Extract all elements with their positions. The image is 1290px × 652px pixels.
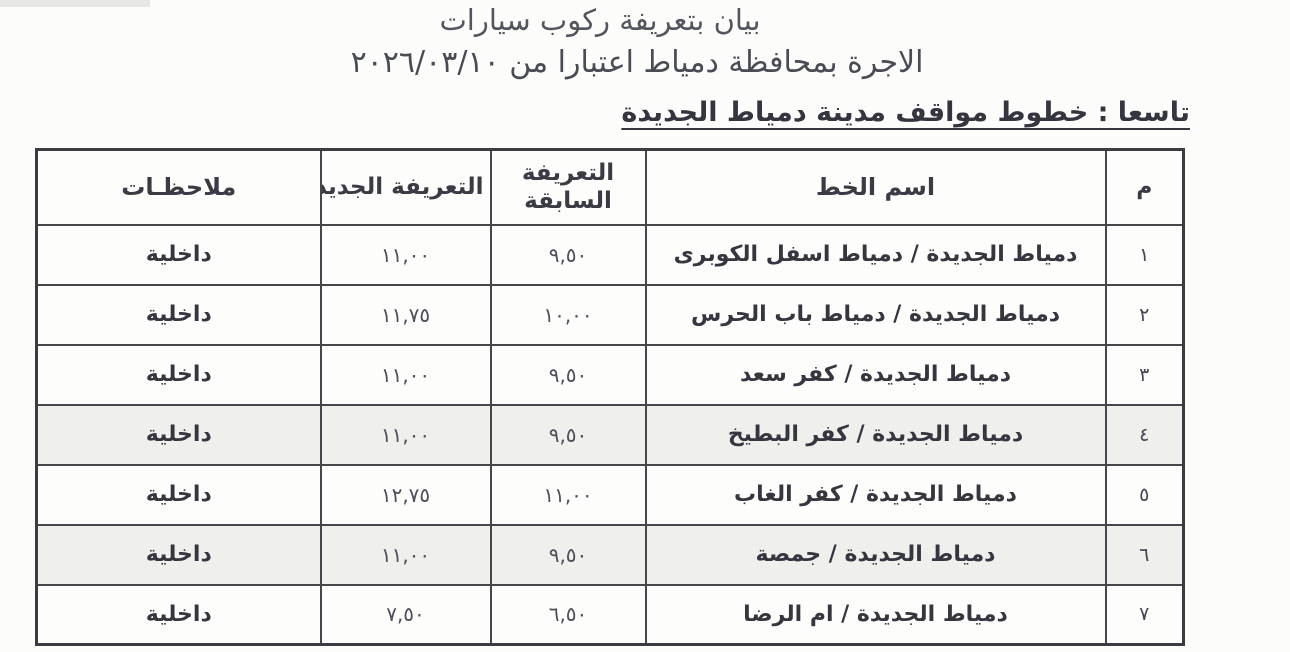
header-new-tariff: التعريفة الجديدة xyxy=(321,150,491,225)
cell-line-name: دمياط الجديدة / كفر البطيخ xyxy=(646,405,1106,465)
cell-new-tariff: ١١,٠٠ xyxy=(321,525,491,585)
table-row: ٦ دمياط الجديدة / جمصة ٩,٥٠ ١١,٠٠ داخلية xyxy=(37,525,1184,585)
table-header-row: م اسم الخط التعريفة السابقة التعريفة الج… xyxy=(37,150,1184,225)
cell-line-name: دمياط الجديدة / دمياط باب الحرس xyxy=(646,285,1106,345)
table-row: ٤ دمياط الجديدة / كفر البطيخ ٩,٥٠ ١١,٠٠ … xyxy=(37,405,1184,465)
cell-previous-tariff: ٩,٥٠ xyxy=(491,345,646,405)
cell-new-tariff: ١١,٧٥ xyxy=(321,285,491,345)
cell-previous-tariff: ١٠,٠٠ xyxy=(491,285,646,345)
tariff-table: م اسم الخط التعريفة السابقة التعريفة الج… xyxy=(35,148,1185,646)
cell-no: ٦ xyxy=(1106,525,1184,585)
cell-previous-tariff: ٩,٥٠ xyxy=(491,225,646,285)
table-row: ٥ دمياط الجديدة / كفر الغاب ١١,٠٠ ١٢,٧٥ … xyxy=(37,465,1184,525)
cell-no: ٥ xyxy=(1106,465,1184,525)
cell-no: ٣ xyxy=(1106,345,1184,405)
cell-notes: داخلية xyxy=(37,285,321,345)
section-heading: تاسعا : خطوط مواقف مدينة دمياط الجديدة xyxy=(621,97,1190,128)
cell-new-tariff: ١٢,٧٥ xyxy=(321,465,491,525)
cell-no: ٢ xyxy=(1106,285,1184,345)
cell-notes: داخلية xyxy=(37,525,321,585)
header-previous-tariff: التعريفة السابقة xyxy=(491,150,646,225)
cell-previous-tariff: ٦,٥٠ xyxy=(491,585,646,645)
header-line-name: اسم الخط xyxy=(646,150,1106,225)
cell-new-tariff: ١١,٠٠ xyxy=(321,225,491,285)
cell-previous-tariff: ١١,٠٠ xyxy=(491,465,646,525)
cell-no: ٧ xyxy=(1106,585,1184,645)
cell-notes: داخلية xyxy=(37,345,321,405)
table-row: ٢ دمياط الجديدة / دمياط باب الحرس ١٠,٠٠ … xyxy=(37,285,1184,345)
header-no: م xyxy=(1106,150,1184,225)
cell-notes: داخلية xyxy=(37,585,321,645)
cell-no: ١ xyxy=(1106,225,1184,285)
header-notes: ملاحظـات xyxy=(37,150,321,225)
cell-line-name: دمياط الجديدة / كفر سعد xyxy=(646,345,1106,405)
cell-notes: داخلية xyxy=(37,465,321,525)
document-title-line1: بيان بتعريفة ركوب سيارات xyxy=(250,3,950,37)
document-title-line2: الاجرة بمحافظة دمياط اعتبارا من ٢٠٢٦/٠٣/… xyxy=(187,45,1087,80)
cell-line-name: دمياط الجديدة / جمصة xyxy=(646,525,1106,585)
table-row: ٧ دمياط الجديدة / ام الرضا ٦,٥٠ ٧,٥٠ داخ… xyxy=(37,585,1184,645)
cell-previous-tariff: ٩,٥٠ xyxy=(491,525,646,585)
cell-new-tariff: ١١,٠٠ xyxy=(321,345,491,405)
scanned-document-page: { "title": { "line1": "بيان بتعريفة ركوب… xyxy=(0,0,1290,652)
cell-line-name: دمياط الجديدة / دمياط اسفل الكوبرى xyxy=(646,225,1106,285)
cell-previous-tariff: ٩,٥٠ xyxy=(491,405,646,465)
cell-new-tariff: ٧,٥٠ xyxy=(321,585,491,645)
cell-notes: داخلية xyxy=(37,225,321,285)
cell-notes: داخلية xyxy=(37,405,321,465)
scan-artifact xyxy=(0,0,150,7)
cell-line-name: دمياط الجديدة / كفر الغاب xyxy=(646,465,1106,525)
cell-no: ٤ xyxy=(1106,405,1184,465)
table-row: ١ دمياط الجديدة / دمياط اسفل الكوبرى ٩,٥… xyxy=(37,225,1184,285)
cell-new-tariff: ١١,٠٠ xyxy=(321,405,491,465)
cell-line-name: دمياط الجديدة / ام الرضا xyxy=(646,585,1106,645)
table-row: ٣ دمياط الجديدة / كفر سعد ٩,٥٠ ١١,٠٠ داخ… xyxy=(37,345,1184,405)
